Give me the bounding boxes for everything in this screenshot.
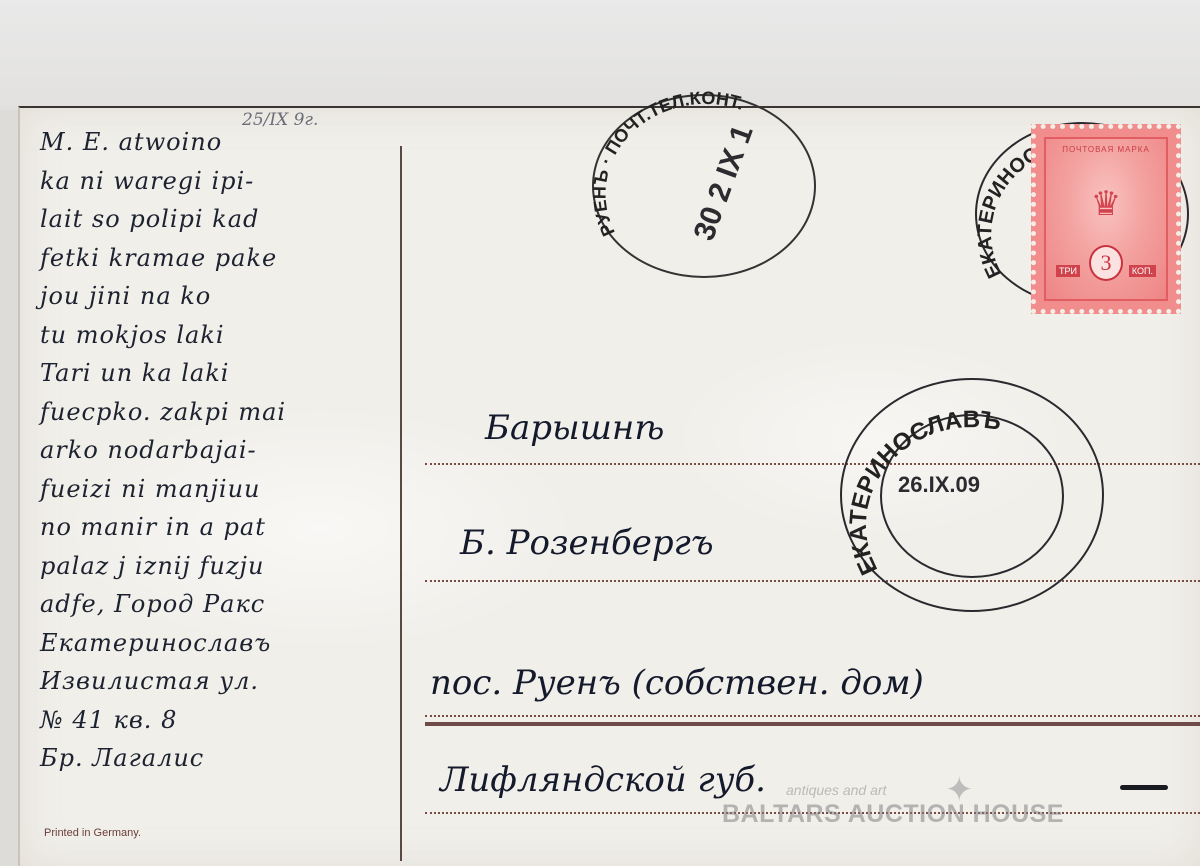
divider-line [400,146,402,861]
message-line: Tari un ka laki [40,359,229,387]
background-surface [0,0,1200,110]
message-line: palaz j iznij fuzju [40,552,264,580]
address-rule [425,715,1200,717]
stamp-denomination: 3 [1089,245,1123,281]
address-line: Б. Розенбергъ [460,523,714,563]
watermark: BALTARS AUCTION HOUSE [722,800,1064,829]
stamp-left-label: ТРИ [1056,265,1080,277]
arrival-postmark: РУЕНЪ · ПОЧТ.ТЕЛ.КОНТ. 30 2 IX 1 [592,94,816,278]
printer-imprint: Printed in Germany. [44,827,141,839]
message-line: M. E. atwoino [40,128,222,156]
message-line: tu mokjos laki [40,321,225,349]
postmark-date: 26.IX.09 [898,472,980,498]
message-line: ka ni waregi ipi- [40,167,254,195]
message-line: arko nodarbajai- [40,436,257,464]
message-line: jou jini na ko [40,282,211,310]
message-line: fueizi ni manjiuu [40,475,260,503]
stamp-right-label: КОП. [1129,265,1156,277]
address-rule-thick [425,722,1200,726]
message-line: adfe, Город Ракс [40,590,265,618]
address-line: Барышнѣ [485,408,664,448]
message-line: № 41 кв. 8 [40,706,177,734]
message-line: fuecpko. zakpi mai [40,398,286,426]
watermark-subtitle: antiques and art [786,782,886,798]
message-line: no manir in a pat [40,513,266,541]
message-date: 25/IX 9г. [242,110,318,130]
address-line: Лифляндской губ. [440,760,766,800]
message-line: lait so polipi kad [40,205,259,233]
double-headed-eagle-icon: ♛ [1091,184,1121,224]
message-line: Извилистая ул. [40,667,259,695]
pen-stroke [1120,785,1168,790]
departure-postmark-2: ЕКАТЕРИНОСЛАВЪ 26.IX.09 [840,378,1104,612]
message-line: Екатеринославъ [40,629,271,657]
address-line: пос. Руенъ (собствен. дом) [430,663,924,703]
stamp-frame: ПОЧТОВАЯ МАРКА ♛ ТРИ 3 КОП. [1044,137,1168,301]
postcard: 25/IX 9г. M. E. atwoinoka ni waregi ipi-… [18,106,1200,866]
stamp-header: ПОЧТОВАЯ МАРКА [1056,145,1156,154]
message-line: fetki kramae pake [40,244,277,272]
message-line: Бр. Лагалис [40,744,204,772]
postage-stamp: ПОЧТОВАЯ МАРКА ♛ ТРИ 3 КОП. [1031,124,1181,314]
